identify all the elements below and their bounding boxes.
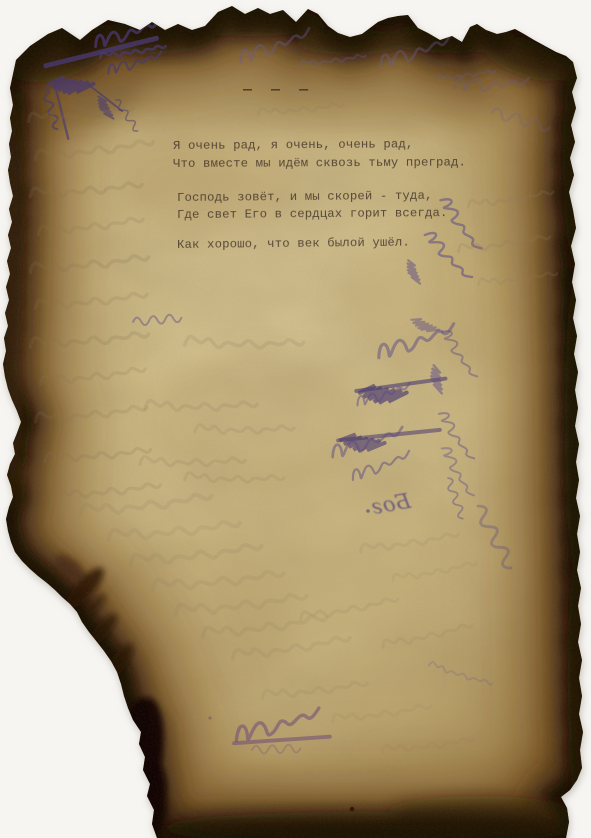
paper-grain-texture — [0, 0, 591, 838]
scanned-page: — — — Я очень рад, я очень, очень рад, Ч… — [0, 0, 591, 838]
burnt-paper-graphic — [0, 0, 591, 838]
